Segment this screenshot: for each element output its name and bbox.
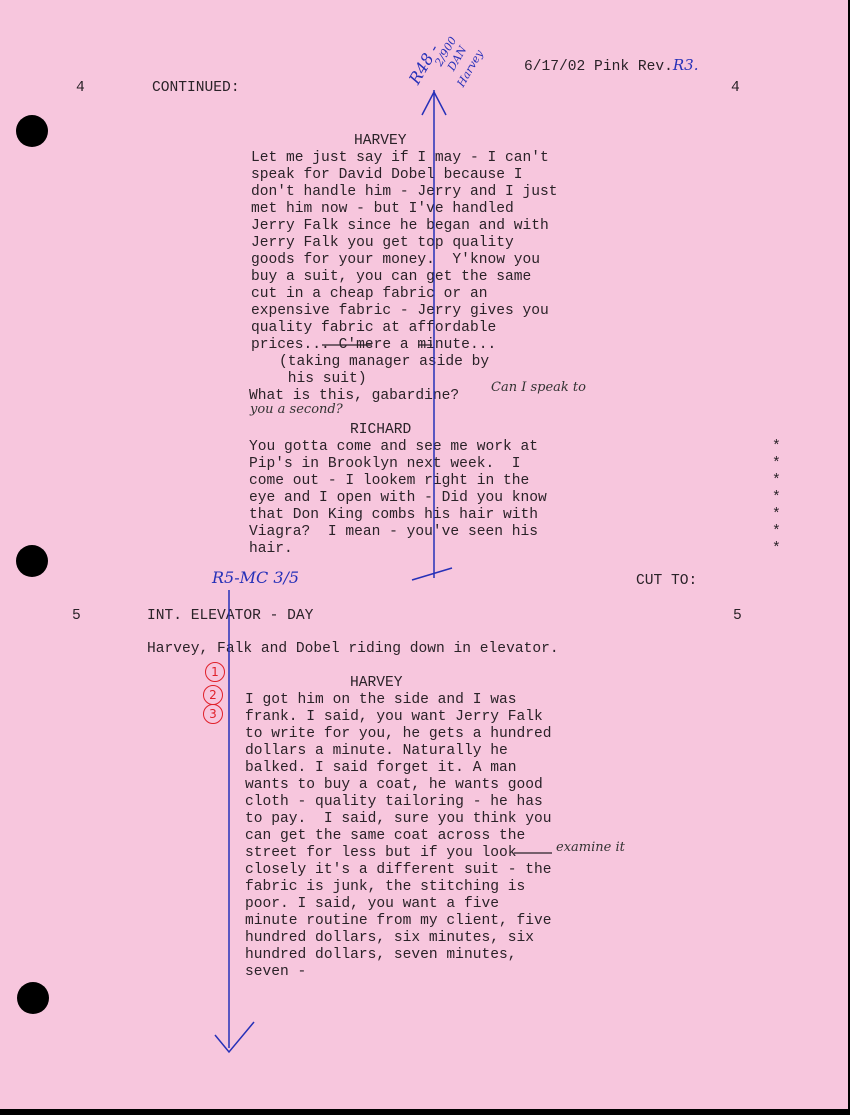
scene-number-right: 4 <box>731 80 740 97</box>
dialogue-line: seven - <box>245 964 552 981</box>
hole-punch-middle <box>16 545 48 577</box>
parenthetical-line: (taking manager aside by <box>279 354 489 371</box>
dialogue-line: don't handle him - Jerry and I just <box>251 184 558 201</box>
arrow-tail-slash <box>412 568 452 580</box>
dialogue-line: You gotta come and see me work at <box>249 439 547 456</box>
dialogue-line: Jerry Falk since he began and with <box>251 218 558 235</box>
dialogue-line: fabric is junk, the stitching is <box>245 879 552 896</box>
arrow-head-up <box>422 92 446 115</box>
hole-punch-bottom <box>17 982 49 1014</box>
dialogue-line: balked. I said forget it. A man <box>245 760 552 777</box>
dialogue-line: I got him on the side and I was <box>245 692 552 709</box>
dialogue-line: Jerry Falk you get top quality <box>251 235 558 252</box>
hole-punch-top <box>16 115 48 147</box>
scene-number-right-5: 5 <box>733 608 742 625</box>
revision-text: 6/17/02 Pink Rev. <box>524 59 673 75</box>
revision-asterisk: * <box>772 490 781 507</box>
revision-mark: R3. <box>673 56 699 74</box>
revision-asterisks: ******* <box>772 439 781 558</box>
character-name-richard: RICHARD <box>350 422 411 439</box>
revision-asterisk: * <box>772 524 781 541</box>
handwritten-insert: examine it <box>556 840 625 855</box>
revision-asterisk: * <box>772 473 781 490</box>
scene-number-left-5: 5 <box>72 608 81 625</box>
dialogue-line: Let me just say if I may - I can't <box>251 150 558 167</box>
dialogue-line: to pay. I said, sure you think you <box>245 811 552 828</box>
dialogue-line: prices... C'mere a minute... <box>251 337 558 354</box>
character-name-harvey: HARVEY <box>354 133 407 150</box>
dialogue-line: to write for you, he gets a hundred <box>245 726 552 743</box>
dialogue-harvey-2: I got him on the side and I wasfrank. I … <box>245 692 552 981</box>
dialogue-line: that Don King combs his hair with <box>249 507 547 524</box>
dialogue-line: met him now - but I've handled <box>251 201 558 218</box>
scene-heading: INT. ELEVATOR - DAY <box>147 608 313 625</box>
dialogue-line: quality fabric at affordable <box>251 320 558 337</box>
dialogue-line: minute routine from my client, five <box>245 913 552 930</box>
character-name-harvey-2: HARVEY <box>350 675 403 692</box>
dialogue-line: frank. I said, you want Jerry Falk <box>245 709 552 726</box>
script-page: 6/17/02 Pink Rev.R3. 4 CONTINUED: 4 HARV… <box>0 0 848 1109</box>
revision-header: 6/17/02 Pink Rev.R3. <box>524 57 699 76</box>
dialogue-line: hundred dollars, six minutes, six <box>245 930 552 947</box>
dialogue-line: wants to buy a coat, he wants good <box>245 777 552 794</box>
revision-asterisk: * <box>772 456 781 473</box>
continued-label: CONTINUED: <box>152 80 240 97</box>
dialogue-line: cloth - quality tailoring - he has <box>245 794 552 811</box>
annotation-r5: R5-MC 3/5 <box>212 568 299 587</box>
revision-asterisk: * <box>772 439 781 456</box>
dialogue-line: dollars a minute. Naturally he <box>245 743 552 760</box>
parenthetical-line: his suit) <box>279 371 489 388</box>
scene-number-left: 4 <box>76 80 85 97</box>
action-line: Harvey, Falk and Dobel riding down in el… <box>147 641 559 658</box>
dialogue-line: Pip's in Brooklyn next week. I <box>249 456 547 473</box>
parenthetical: (taking manager aside by his suit) <box>279 354 489 388</box>
dialogue-line: expensive fabric - Jerry gives you <box>251 303 558 320</box>
revision-asterisk: * <box>772 541 781 558</box>
dialogue-line: poor. I said, you want a five <box>245 896 552 913</box>
revision-asterisk: * <box>772 507 781 524</box>
circled-number-2: 2 <box>203 685 223 705</box>
dialogue-line: Viagra? I mean - you've seen his <box>249 524 547 541</box>
handwritten-note-1: Can I speak to <box>491 380 586 395</box>
circled-number-3: 3 <box>203 704 223 724</box>
transition-cut-to: CUT TO: <box>636 573 697 590</box>
dialogue-line: street for less but if you look <box>245 845 552 862</box>
dialogue-line: come out - I lookem right in the <box>249 473 547 490</box>
dialogue-line: hundred dollars, seven minutes, <box>245 947 552 964</box>
handwritten-note-2: you a second? <box>250 402 343 417</box>
dialogue-line: hair. <box>249 541 547 558</box>
dialogue-line: eye and I open with - Did you know <box>249 490 547 507</box>
circled-number-1: 1 <box>205 662 225 682</box>
dialogue-richard: You gotta come and see me work atPip's i… <box>249 439 547 558</box>
arrow-head-down <box>215 1022 254 1052</box>
dialogue-line: goods for your money. Y'know you <box>251 252 558 269</box>
dialogue-line: cut in a cheap fabric or an <box>251 286 558 303</box>
dialogue-line: closely it's a different suit - the <box>245 862 552 879</box>
dialogue-line: buy a suit, you can get the same <box>251 269 558 286</box>
dialogue-line: speak for David Dobel because I <box>251 167 558 184</box>
dialogue-line: can get the same coat across the <box>245 828 552 845</box>
dialogue-harvey-1: Let me just say if I may - I can'tspeak … <box>251 150 558 354</box>
